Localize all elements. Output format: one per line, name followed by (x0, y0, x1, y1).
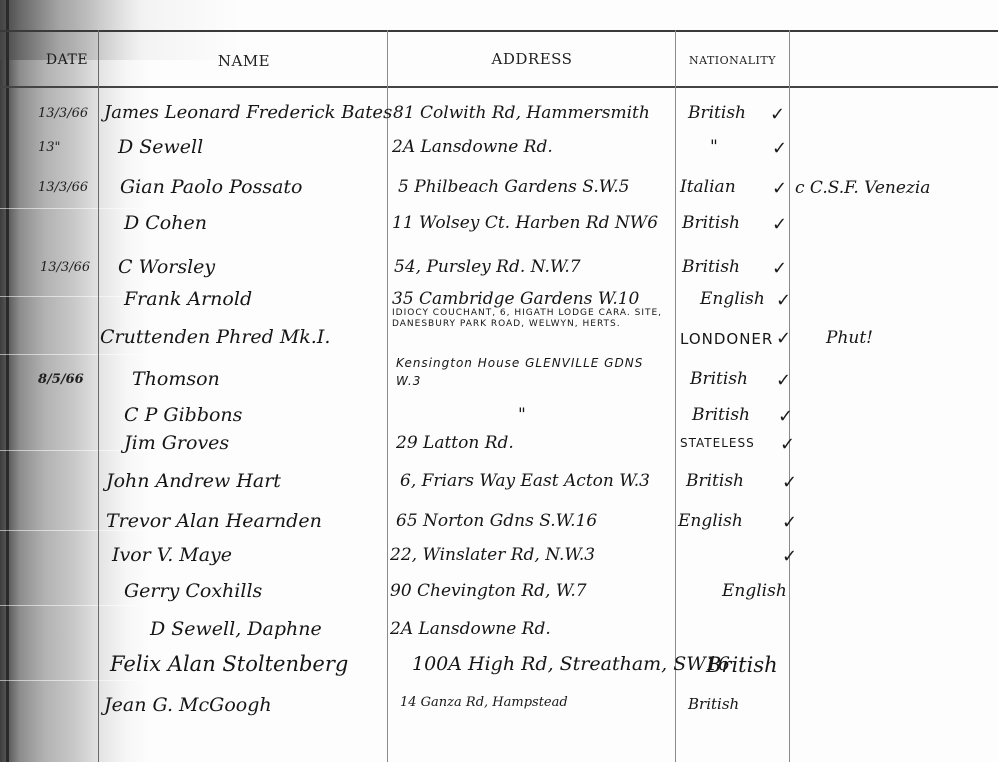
entry-date: 13" (38, 140, 61, 155)
ruled-line (0, 680, 140, 681)
entry-address: 100A High Rd, Streatham, SW16 (412, 653, 730, 675)
entry-name: Ivor V. Maye (112, 544, 232, 566)
entry-name: D Cohen (124, 212, 207, 234)
entry-nationality: British (688, 695, 739, 713)
entry-note: c C.S.F. Venezia (795, 178, 930, 198)
checkmark-icon: ✓ (776, 328, 791, 349)
entry-nationality: British (692, 405, 750, 425)
entry-nationality: LONDONER (680, 330, 773, 348)
entry-address: 65 Norton Gdns S.W.16 (396, 511, 597, 531)
checkmark-icon: ✓ (772, 258, 787, 279)
entry-address: " (518, 405, 526, 425)
entry-nationality: British (690, 369, 748, 389)
entry-name: D Sewell (118, 136, 203, 158)
checkmark-icon: ✓ (772, 138, 787, 159)
entry-name: C Worsley (118, 256, 215, 278)
entry-date: 13/3/66 (38, 180, 88, 195)
entry-address: 29 Latton Rd. (396, 433, 514, 453)
entry-name: Gian Paolo Possato (120, 176, 302, 198)
ruled-line (0, 296, 140, 297)
entry-name: Cruttenden Phred Mk.I. (100, 326, 330, 348)
entry-nationality: British (706, 653, 778, 677)
entry-nationality: British (686, 471, 744, 491)
entry-nationality: British (682, 257, 740, 277)
checkmark-icon: ✓ (780, 434, 795, 455)
ruled-line (0, 354, 140, 355)
entry-name: James Leonard Frederick Bates (104, 102, 392, 123)
entry-name: D Sewell, Daphne (150, 618, 322, 640)
entry-name: Trevor Alan Hearnden (106, 510, 322, 532)
entry-name: Felix Alan Stoltenberg (110, 652, 348, 676)
checkmark-icon: ✓ (772, 214, 787, 235)
entry-nationality: English (700, 289, 765, 309)
entry-date: 13/3/66 (40, 260, 90, 275)
entry-nationality: English (722, 581, 787, 601)
checkmark-icon: ✓ (782, 546, 797, 567)
checkmark-icon: ✓ (778, 406, 793, 427)
checkmark-icon: ✓ (770, 104, 785, 125)
entry-nationality: British (688, 103, 746, 123)
entry-address: 35 Cambridge Gardens W.10 (392, 289, 639, 309)
entry-address: 54, Pursley Rd. N.W.7 (394, 257, 581, 277)
checkmark-icon: ✓ (776, 370, 791, 391)
checkmark-icon: ✓ (772, 178, 787, 199)
column-header-date: DATE (38, 52, 96, 68)
entry-nationality: " (710, 137, 718, 157)
entry-nationality: Italian (680, 177, 736, 197)
entry-name: Thomson (132, 368, 220, 390)
column-divider-name (387, 30, 388, 762)
column-divider-date (98, 30, 99, 762)
column-divider-nationality (789, 30, 790, 762)
column-header-nationality: NATIONALITY (676, 54, 789, 67)
entry-address: IDIOCY COUCHANT, 6, HIGATH LODGE CARA. S… (392, 308, 672, 330)
entry-address: 14 Ganza Rd, Hampstead (400, 695, 568, 710)
entry-name: C P Gibbons (124, 404, 242, 426)
entry-address: 22, Winslater Rd, N.W.3 (390, 545, 595, 565)
entry-name: Jim Groves (124, 432, 229, 454)
entry-address: 90 Chevington Rd, W.7 (390, 581, 587, 601)
entry-name: John Andrew Hart (106, 470, 281, 492)
entry-address: 81 Colwith Rd, Hammersmith (393, 103, 650, 123)
entry-date: 13/3/66 (38, 106, 88, 121)
ruled-line (0, 208, 140, 209)
register-page: DATE NAME ADDRESS NATIONALITY 13/3/66Jam… (0, 0, 998, 762)
entry-address: 6, Friars Way East Acton W.3 (400, 471, 650, 491)
column-header-name: NAME (100, 52, 388, 70)
column-header-address: ADDRESS (388, 50, 676, 68)
entry-note: Phut! (826, 328, 873, 348)
entry-address: 5 Philbeach Gardens S.W.5 (398, 177, 629, 197)
ruled-line (0, 605, 140, 606)
table-top-rule (0, 30, 998, 32)
entry-address: Kensington House GLENVILLE GDNS W.3 (396, 354, 666, 390)
entry-date: 8/5/66 (38, 372, 84, 387)
entry-address: 2A Lansdowne Rd. (392, 137, 553, 157)
entry-nationality: English (678, 511, 743, 531)
entry-address: 11 Wolsey Ct. Harben Rd NW6 (392, 213, 658, 233)
ruled-line (0, 450, 140, 451)
entry-nationality: British (682, 213, 740, 233)
entry-name: Gerry Coxhills (124, 580, 262, 602)
entry-address: 2A Lansdowne Rd. (390, 619, 551, 639)
checkmark-icon: ✓ (782, 472, 797, 493)
entry-name: Jean G. McGoogh (104, 694, 272, 716)
entry-nationality: STATELESS (680, 436, 755, 450)
entry-name: Frank Arnold (124, 288, 252, 310)
checkmark-icon: ✓ (776, 290, 791, 311)
binding-edge (6, 0, 9, 762)
header-bottom-rule (0, 86, 998, 88)
checkmark-icon: ✓ (782, 512, 797, 533)
